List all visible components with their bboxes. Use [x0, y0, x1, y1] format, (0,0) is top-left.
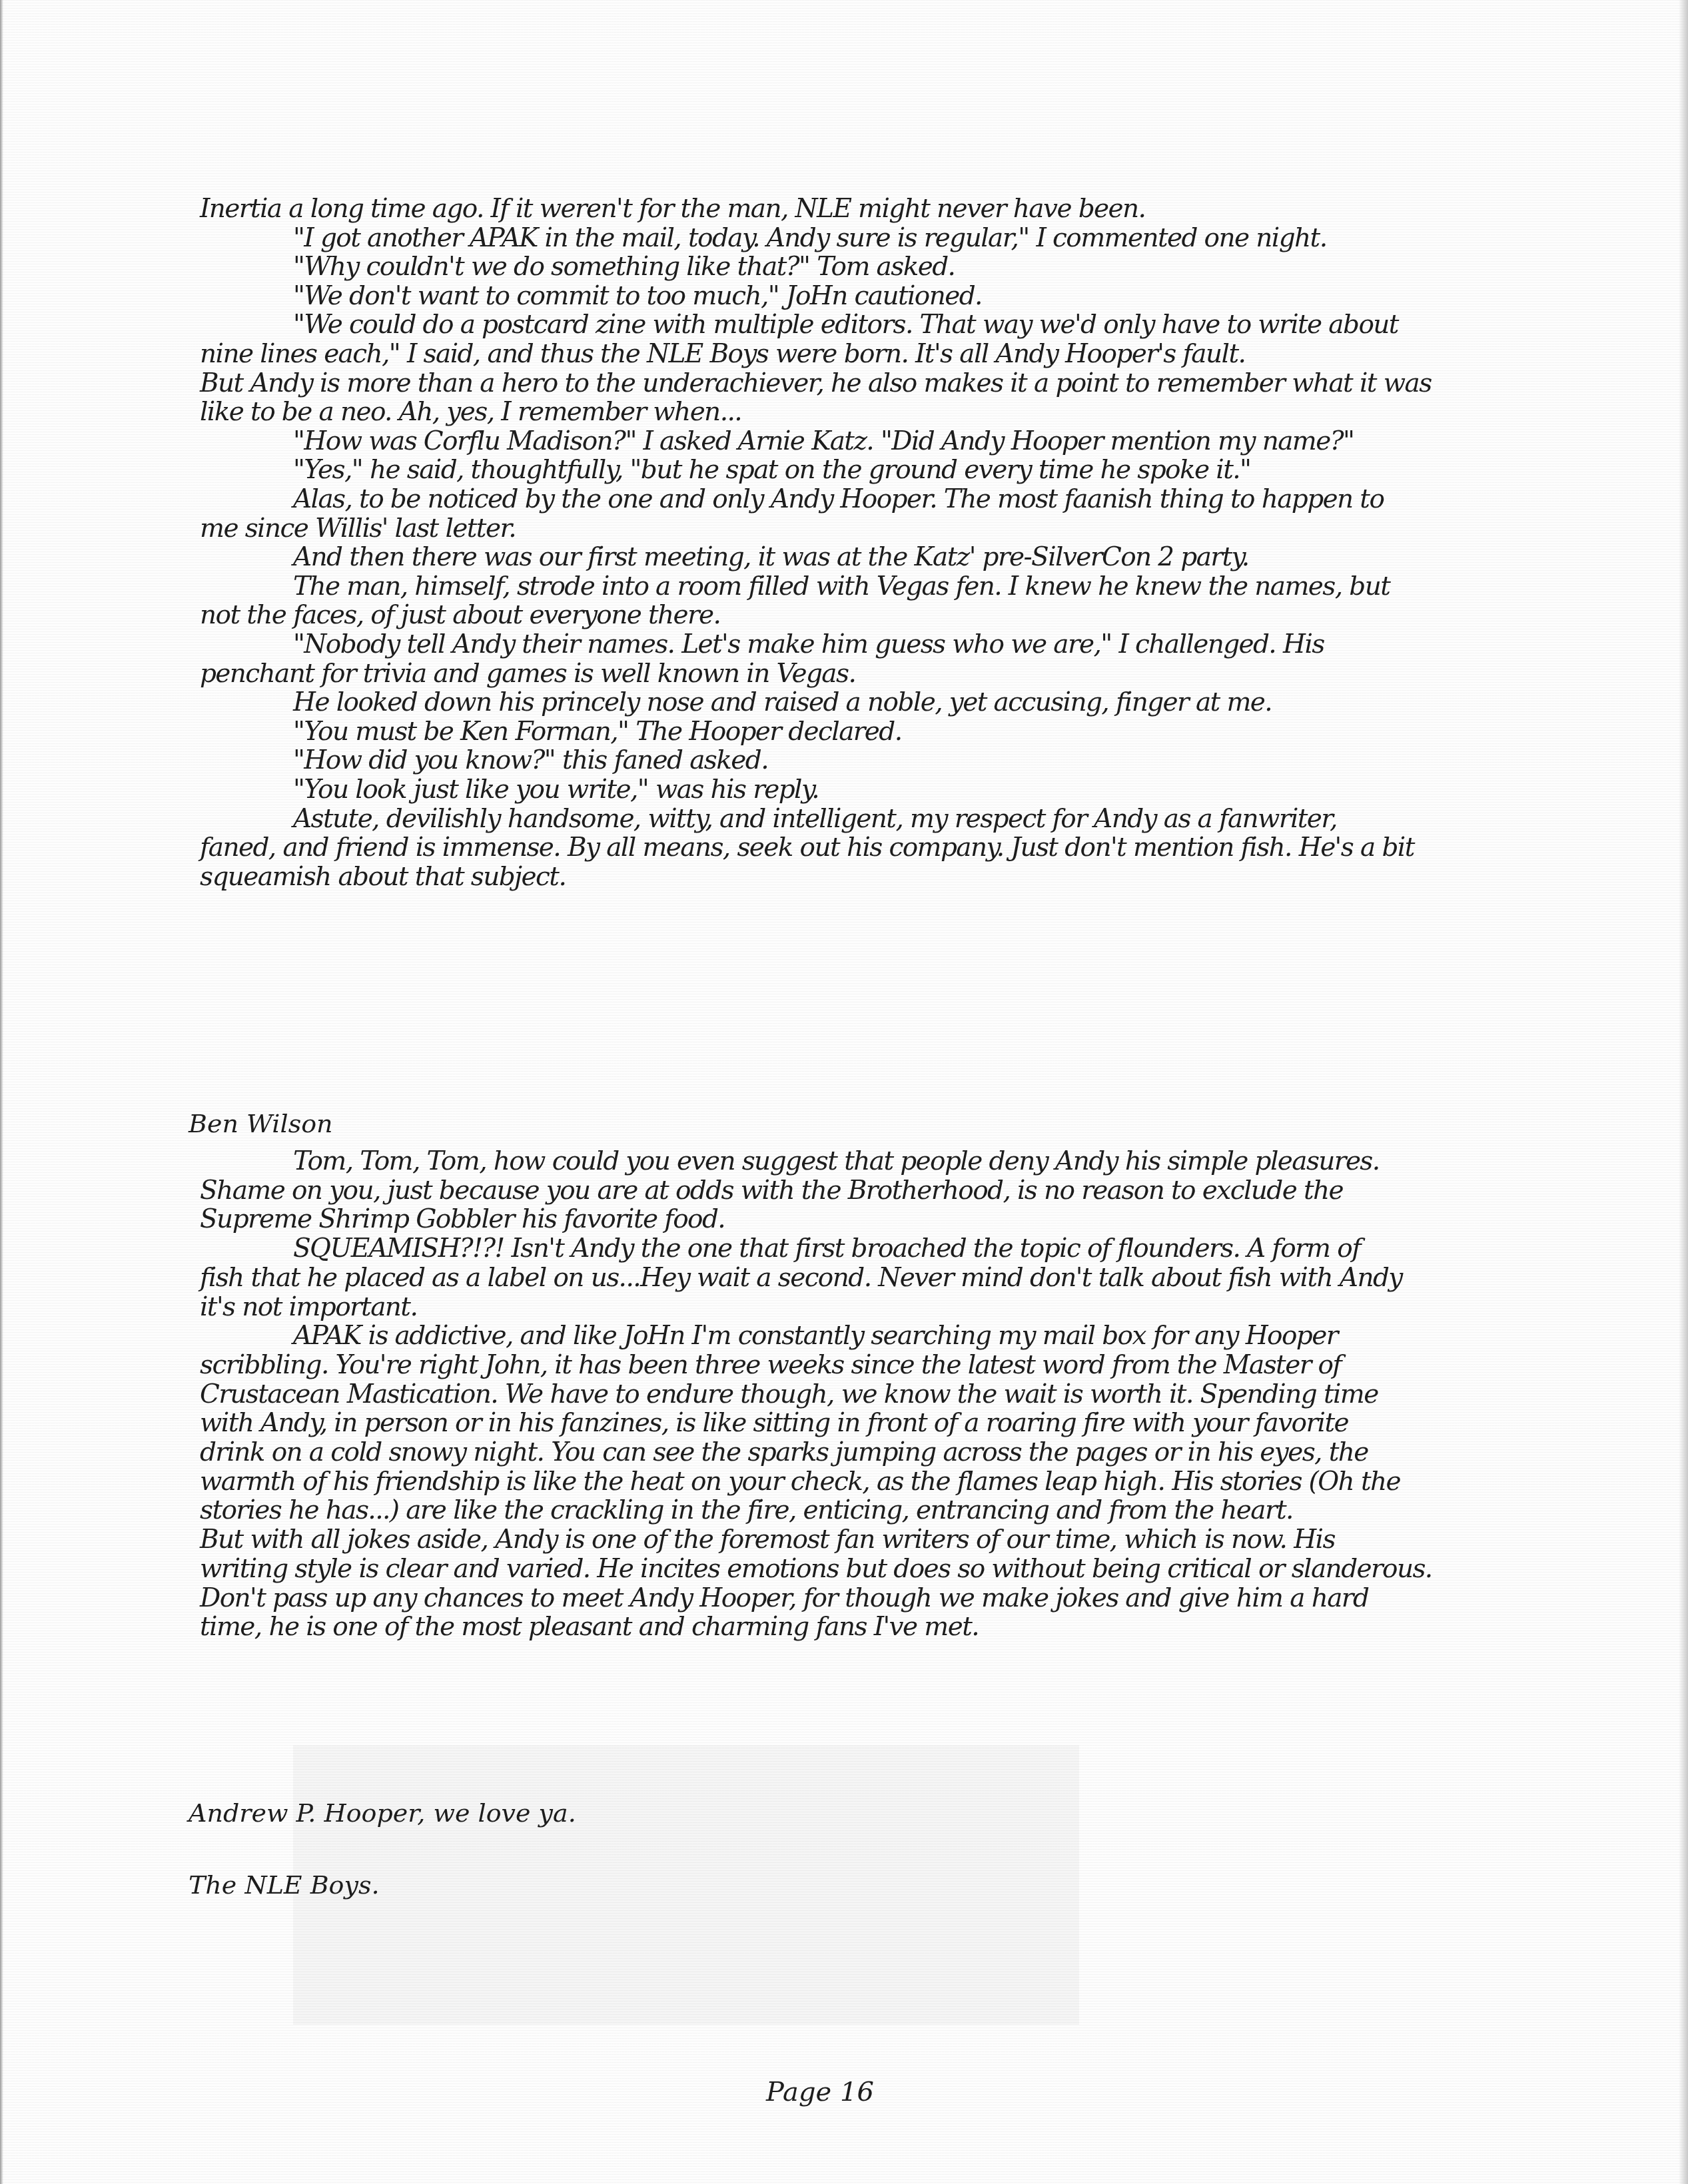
- text-line: Supreme Shrimp Gobbler his favorite food…: [200, 1205, 725, 1234]
- page-number: Page 16: [766, 2077, 874, 2107]
- text-line: Tom, Tom, Tom, how could you even sugges…: [293, 1147, 1380, 1176]
- text-line: "How was Corflu Madison?" I asked Arnie …: [293, 427, 1354, 456]
- text-line: Alas, to be noticed by the one and only …: [293, 485, 1384, 514]
- text-line: "Yes," he said, thoughtfully, "but he sp…: [293, 456, 1250, 485]
- text-line: fish that he placed as a label on us...H…: [200, 1264, 1402, 1293]
- signature: The NLE Boys.: [189, 1870, 380, 1900]
- text-line: stories he has...) are like the cracklin…: [200, 1496, 1293, 1525]
- text-line: But with all jokes aside, Andy is one of…: [200, 1525, 1335, 1555]
- text-line: me since Willis' last letter.: [200, 514, 516, 544]
- text-line: warmth of his friendship is like the hea…: [200, 1467, 1400, 1497]
- text-line: penchant for trivia and games is well kn…: [200, 659, 855, 689]
- text-line: with Andy, in person or in his fanzines,…: [200, 1409, 1348, 1438]
- text-line: nine lines each," I said, and thus the N…: [200, 340, 1245, 369]
- text-line: time, he is one of the most pleasant and…: [200, 1613, 979, 1642]
- text-line: The man, himself, strode into a room fil…: [293, 572, 1390, 601]
- text-line: But Andy is more than a hero to the unde…: [200, 369, 1432, 398]
- text-line: "How did you know?" this faned asked.: [293, 746, 768, 775]
- text-line: "We don't want to commit to too much," J…: [293, 282, 982, 311]
- text-line: Shame on you, just because you are at od…: [200, 1176, 1343, 1206]
- text-line: He looked down his princely nose and rai…: [293, 688, 1272, 717]
- text-line: "You look just like you write," was his …: [293, 775, 819, 805]
- text-line: Astute, devilishly handsome, witty, and …: [293, 805, 1337, 834]
- text-line: Crustacean Mastication. We have to endur…: [200, 1380, 1378, 1409]
- text-line: not the faces, of just about everyone th…: [200, 601, 720, 630]
- text-line: APAK is addictive, and like JoHn I'm con…: [293, 1321, 1338, 1351]
- text-line: faned, and friend is immense. By all mea…: [200, 833, 1414, 863]
- text-line: like to be a neo. Ah, yes, I remember wh…: [200, 398, 741, 427]
- text-line: SQUEAMISH?!?! Isn't Andy the one that fi…: [293, 1234, 1360, 1264]
- text-line: drink on a cold snowy night. You can see…: [200, 1438, 1368, 1467]
- text-line: And then there was our first meeting, it…: [293, 543, 1249, 572]
- page-edge-left: [0, 0, 3, 2184]
- text-line: "Nobody tell Andy their names. Let's mak…: [293, 630, 1324, 659]
- text-line: squeamish about that subject.: [200, 863, 566, 892]
- text-line: "I got another APAK in the mail, today. …: [293, 224, 1326, 253]
- text-line: Don't pass up any chances to meet Andy H…: [200, 1584, 1368, 1613]
- text-line: "You must be Ken Forman," The Hooper dec…: [293, 717, 902, 747]
- text-line: Inertia a long time ago. If it weren't f…: [200, 194, 1145, 224]
- text-line: it's not important.: [200, 1293, 417, 1322]
- author-name: Ben Wilson: [189, 1109, 333, 1138]
- text-line: "We could do a postcard zine with multip…: [293, 310, 1398, 340]
- closing-line: Andrew P. Hooper, we love ya.: [189, 1798, 576, 1828]
- text-line: writing style is clear and varied. He in…: [200, 1555, 1432, 1584]
- bleed-through-photo: [293, 1745, 1079, 2025]
- text-line: "Why couldn't we do something like that?…: [293, 252, 955, 282]
- text-line: scribbling. You're right John, it has be…: [200, 1351, 1341, 1380]
- page-edge-right: [1679, 0, 1688, 2184]
